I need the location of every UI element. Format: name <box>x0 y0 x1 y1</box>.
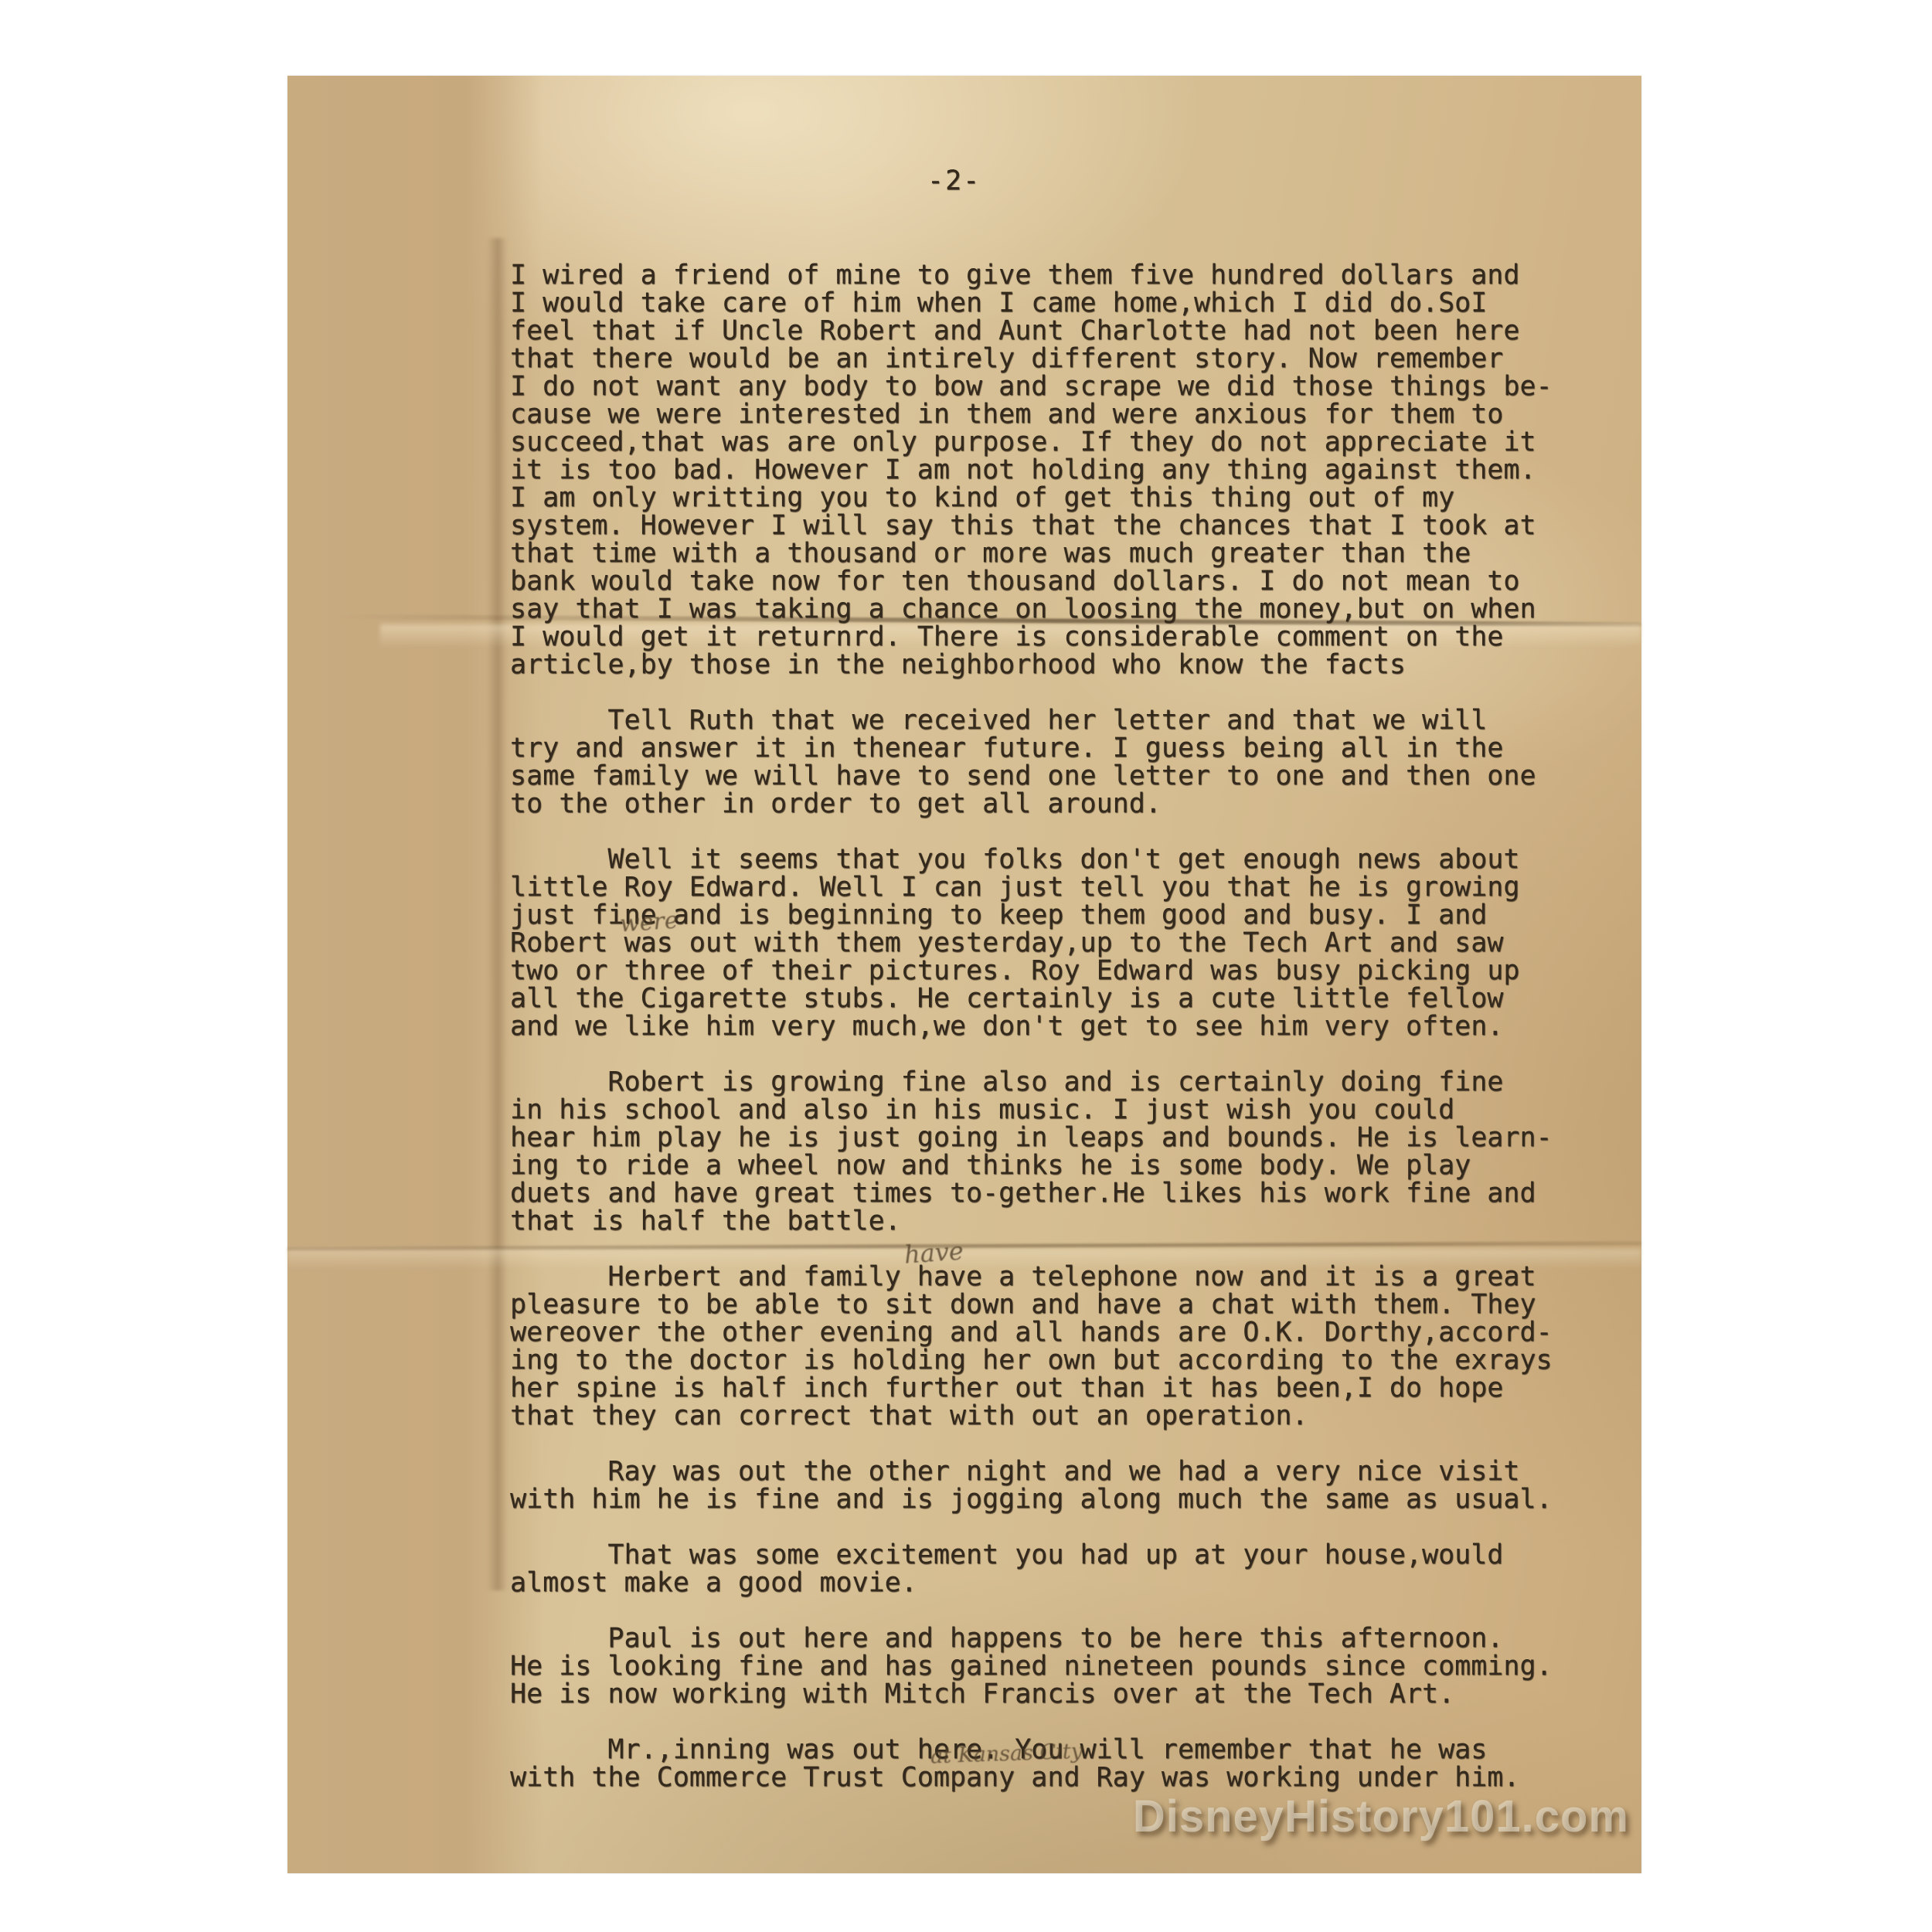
letter-line: and we like him very much,we don't get t… <box>510 1012 1615 1040</box>
letter-line: to the other in order to get all around. <box>510 790 1615 818</box>
letter-line: that is half the battle. <box>510 1207 1615 1235</box>
letter-line: same family we will have to send one let… <box>510 762 1615 790</box>
letter-paragraph: Ray was out the other night and we had a… <box>510 1458 1615 1513</box>
watermark: DisneyHistory101.com <box>1133 1791 1629 1842</box>
letter-line: succeed,that was are only purpose. If th… <box>510 428 1615 456</box>
letter-line: ing to ride a wheel now and thinks he is… <box>510 1151 1615 1179</box>
letter-line: I do not want any body to bow and scrape… <box>510 372 1615 400</box>
letter-line: her spine is half inch further out than … <box>510 1374 1615 1402</box>
letter-paragraph: Paul is out here and happens to be here … <box>510 1624 1615 1708</box>
letter-paragraph: Robert is growing fine also and is certa… <box>510 1068 1615 1235</box>
letter-line: Ray was out the other night and we had a… <box>510 1458 1615 1485</box>
letter-line: little Roy Edward. Well I can just tell … <box>510 873 1615 901</box>
letter-paragraph: Tell Ruth that we received her letter an… <box>510 706 1615 818</box>
letter-line: say that I was taking a chance on loosin… <box>510 595 1615 623</box>
letter-line: it is too bad. However I am not holding … <box>510 456 1615 484</box>
letter-line: Tell Ruth that we received her letter an… <box>510 706 1615 734</box>
letter-paragraph: That was some excitement you had up at y… <box>510 1541 1615 1597</box>
letter-line: I am only writting you to kind of get th… <box>510 484 1615 512</box>
letter-line: that there would be an intirely differen… <box>510 345 1615 372</box>
letter-paragraph: I wired a friend of mine to give them fi… <box>510 261 1615 679</box>
letter-line: I wired a friend of mine to give them fi… <box>510 261 1615 289</box>
letter-line: with him he is fine and is jogging along… <box>510 1485 1615 1513</box>
letter-line: Herbert and family have a telephone now … <box>510 1263 1615 1291</box>
letter-line: in his school and also in his music. I j… <box>510 1096 1615 1124</box>
letter-line: duets and have great times to-gether.He … <box>510 1179 1615 1207</box>
letter-line: wereover the other evening and all hands… <box>510 1318 1615 1346</box>
letter-line: hear him play he is just going in leaps … <box>510 1124 1615 1151</box>
letter-line: pleasure to be able to sit down and have… <box>510 1291 1615 1318</box>
paper-fold-edge-shadow <box>487 238 507 1590</box>
page-number: -2- <box>927 165 981 196</box>
letter-line: try and answer it in thenear future. I g… <box>510 734 1615 762</box>
letter-line: Paul is out here and happens to be here … <box>510 1624 1615 1652</box>
letter-paragraph: Well it seems that you folks don't get e… <box>510 845 1615 1040</box>
letter-line: I would take care of him when I came hom… <box>510 289 1615 317</box>
handwritten-annotation: were <box>619 906 679 937</box>
letter-line: that they can correct that with out an o… <box>510 1402 1615 1430</box>
letter-line: ing to the doctor is holding her own but… <box>510 1346 1615 1374</box>
letter-line: bank would take now for ten thousand dol… <box>510 567 1615 595</box>
letter-line: I would get it returnrd. There is consid… <box>510 623 1615 651</box>
letter-line: all the Cigarette stubs. He certainly is… <box>510 985 1615 1012</box>
letter-line: two or three of their pictures. Roy Edwa… <box>510 957 1615 985</box>
handwritten-annotation: have <box>903 1236 964 1269</box>
scan-background: -2- I wired a friend of mine to give the… <box>0 0 1932 1932</box>
letter-line: article,by those in the neighborhood who… <box>510 651 1615 679</box>
letter-line: with the Commerce Trust Company and Ray … <box>510 1764 1615 1791</box>
letter-line: He is looking fine and has gained ninete… <box>510 1652 1615 1680</box>
letter-line: feel that if Uncle Robert and Aunt Charl… <box>510 317 1615 345</box>
letter-paragraph: Herbert and family have a telephone now … <box>510 1263 1615 1430</box>
letter-line: system. However I will say this that the… <box>510 512 1615 539</box>
letter-line: cause we were interested in them and wer… <box>510 400 1615 428</box>
letter-line: Well it seems that you folks don't get e… <box>510 845 1615 873</box>
letter-body: I wired a friend of mine to give them fi… <box>510 261 1615 1819</box>
letter-line: That was some excitement you had up at y… <box>510 1541 1615 1569</box>
letter-line: almost make a good movie. <box>510 1569 1615 1597</box>
letter-photograph: -2- I wired a friend of mine to give the… <box>287 76 1641 1873</box>
letter-line: He is now working with Mitch Francis ove… <box>510 1680 1615 1708</box>
letter-line: Robert is growing fine also and is certa… <box>510 1068 1615 1096</box>
letter-line: that time with a thousand or more was mu… <box>510 539 1615 567</box>
